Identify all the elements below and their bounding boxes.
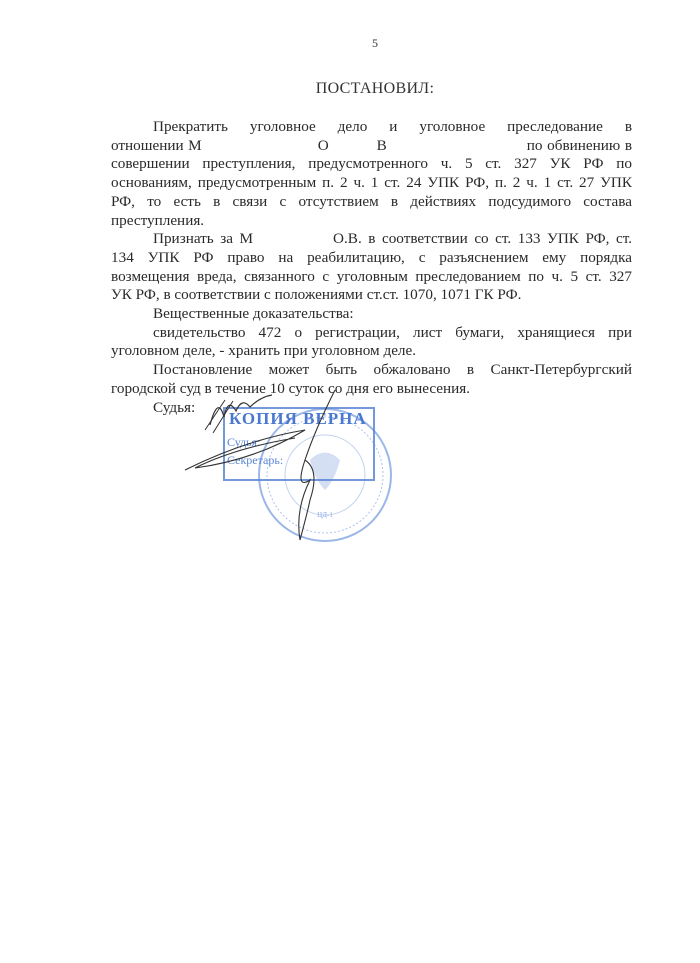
paragraph-rehabilitation: Признать за МО.В. в соответствии со ст. … <box>111 230 632 305</box>
redacted-surname: отношении М <box>111 137 202 154</box>
redacted-surname: Признать за М <box>153 230 253 247</box>
text-line: свидетельство 472 о регистрации, лист бу… <box>111 324 632 343</box>
text-line: уголовном деле, - хранить при уголовном … <box>111 342 632 361</box>
text-line: Постановление может быть обжаловано в Са… <box>111 361 632 380</box>
page-number: 5 <box>0 36 700 51</box>
document-heading: ПОСТАНОВИЛ: <box>0 80 700 98</box>
paragraph-termination: Прекратить уголовное дело и уголовное пр… <box>111 118 632 230</box>
stamp-and-signature: ЦД-1 КОПИЯ ВЕРНА Судья: Секретарь: <box>175 385 405 555</box>
paragraph-evidence-heading: Вещественные доказательства: <box>111 305 632 324</box>
text-fragment: О.В. в соответствии со ст. 133 УПК РФ, с… <box>333 230 632 247</box>
text-line: преступления. <box>111 212 632 231</box>
redacted-initial: В <box>377 137 387 154</box>
text-line: Прекратить уголовное дело и уголовное пр… <box>111 118 632 137</box>
text-line: основаниям, предусмотренным п. 2 ч. 1 ст… <box>111 174 632 193</box>
text-line: Признать за МО.В. в соответствии со ст. … <box>111 230 632 249</box>
document-body: Прекратить уголовное дело и уголовное пр… <box>111 118 632 417</box>
text-line: Вещественные доказательства: <box>111 305 632 324</box>
text-line: РФ, то есть в связи с отсутствием в дейс… <box>111 193 632 212</box>
text-line: возмещения вреда, связанного с уголовным… <box>111 268 632 287</box>
text-line: отношении МОВпо обвинению в <box>111 137 632 156</box>
text-line: УК РФ, в соответствии с положениями ст.с… <box>111 286 632 305</box>
text-line: 134 УПК РФ право на реабилитацию, с разъ… <box>111 249 632 268</box>
redacted-initial: О <box>318 137 329 154</box>
text-fragment: по обвинению в <box>527 137 632 154</box>
paragraph-evidence: свидетельство 472 о регистрации, лист бу… <box>111 324 632 361</box>
text-line: совершении преступления, предусмотренног… <box>111 155 632 174</box>
handwritten-signature-icon <box>175 385 405 555</box>
